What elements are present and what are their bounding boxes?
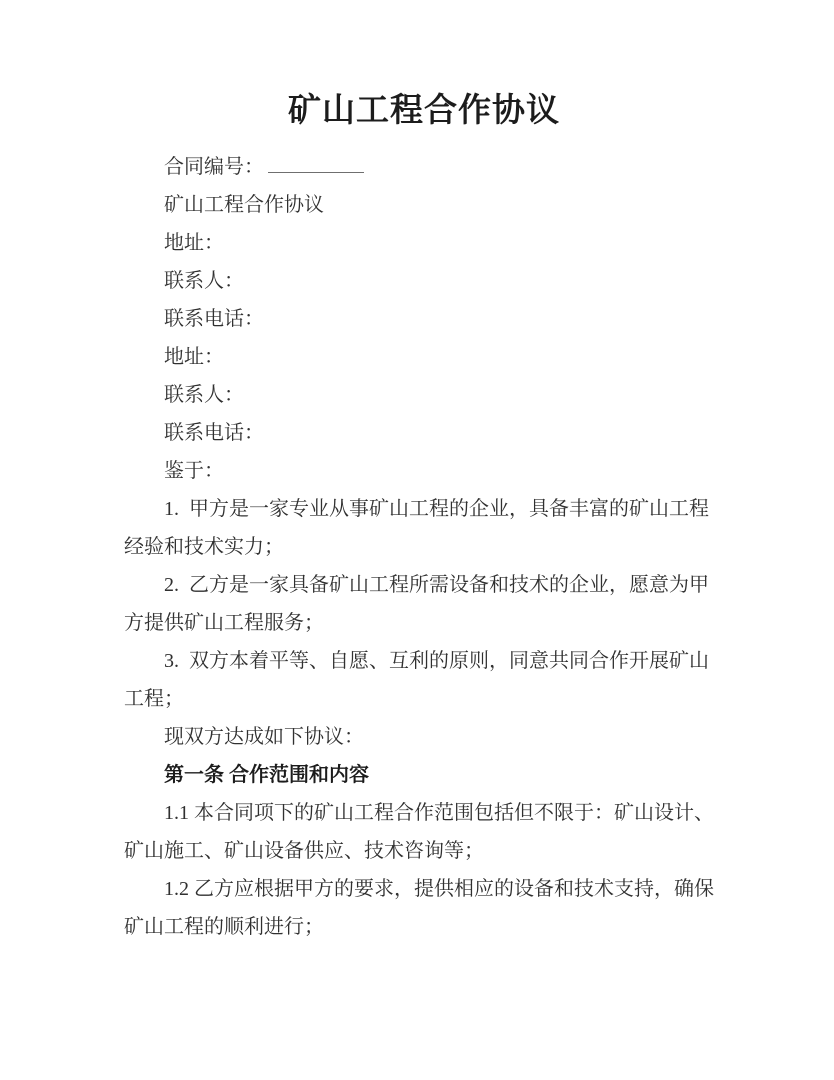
article-1-heading: 第一条 合作范围和内容 [124,756,724,794]
recital-2: 2. 乙方是一家具备矿山工程所需设备和技术的企业，愿意为甲方提供矿山工程服务； [124,566,724,642]
document-page: 矿山工程合作协议 合同编号：矿山工程合作协议地址：联系人：联系电话：地址：联系人… [0,0,834,1080]
party-b-address-line: 地址： [124,338,724,376]
whereas-line: 鉴于： [124,452,724,490]
document-body: 合同编号：矿山工程合作协议地址：联系人：联系电话：地址：联系人：联系电话：鉴于：… [124,148,724,946]
recital-1: 1. 甲方是一家专业从事矿山工程的企业，具备丰富的矿山工程经验和技术实力； [124,490,724,566]
clause-1-2: 1.2 乙方应根据甲方的要求，提供相应的设备和技术支持，确保矿山工程的顺利进行； [124,870,724,946]
party-a-contact-line: 联系人： [124,262,724,300]
subtitle-line: 矿山工程合作协议 [124,186,724,224]
recital-3: 3. 双方本着平等、自愿、互利的原则，同意共同合作开展矿山工程； [124,642,724,718]
party-b-phone-line: 联系电话： [124,414,724,452]
agreement-intro-line: 现双方达成如下协议： [124,718,724,756]
document-title: 矿山工程合作协议 [124,88,724,134]
party-a-phone-line: 联系电话： [124,300,724,338]
clause-1-1: 1.1 本合同项下的矿山工程合作范围包括但不限于：矿山设计、矿山施工、矿山设备供… [124,794,724,870]
contract-number-blank [268,152,364,173]
party-a-address-line: 地址： [124,224,724,262]
contract-number-line: 合同编号： [124,148,724,186]
party-b-contact-line: 联系人： [124,376,724,414]
